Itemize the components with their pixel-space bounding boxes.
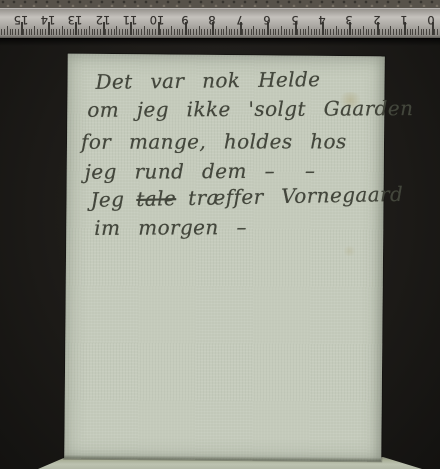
handwriting-line: im morgen – xyxy=(94,215,247,240)
ruler-number: 5 xyxy=(291,13,298,27)
ruler-number: 11 xyxy=(123,13,138,27)
handwriting-segment: – xyxy=(305,159,316,183)
ruler-number: 2 xyxy=(373,13,380,27)
handwriting-line: om jeg ikke 'solgt Gaarden xyxy=(87,96,413,122)
ruler-number: 1 xyxy=(400,13,407,27)
ruler: 0 1 2 3 4 5 6 7 8 9 10 11 12 13 14 15 xyxy=(0,8,440,38)
handwriting-segment: om jeg ikke 'solgt Gaarden xyxy=(87,96,413,122)
handwriting-segment: Jeg xyxy=(90,187,124,212)
ruler-number: 6 xyxy=(263,13,270,27)
ruler-number: 3 xyxy=(345,13,352,27)
handwriting-line: Jegtaletræffer Vornegaard xyxy=(90,182,403,212)
handwriting-segment: im morgen – xyxy=(94,215,247,240)
ruler-number: 4 xyxy=(318,13,325,27)
handwriting-line: Det var nok Helde xyxy=(95,67,320,94)
ruler-number: 13 xyxy=(68,13,83,27)
paper-stain xyxy=(342,246,357,256)
ruler-number: 15 xyxy=(14,13,29,27)
letter-paper: Det var nok Helde om jeg ikke 'solgt Gaa… xyxy=(64,54,385,462)
ruler-number: 12 xyxy=(96,13,111,27)
ruler-shadow xyxy=(0,38,440,46)
ruler-number: 7 xyxy=(236,13,243,27)
handwriting-segment: træffer Vornegaard xyxy=(188,182,404,210)
handwriting: Det var nok Helde om jeg ikke 'solgt Gaa… xyxy=(68,54,385,57)
handwriting-line: jeg rund dem –– xyxy=(85,159,316,184)
handwriting-segment: for mange, holdes hos xyxy=(81,129,347,153)
ruler-number: 10 xyxy=(150,13,165,27)
ruler-number: 14 xyxy=(41,13,56,27)
ruler-number: 8 xyxy=(208,13,215,27)
ruler-number: 9 xyxy=(181,13,188,27)
struck-word: tale xyxy=(136,186,176,211)
ruler-number: 0 xyxy=(427,13,434,27)
handwriting-line: for mange, holdes hos xyxy=(81,129,347,153)
handwriting-segment: jeg rund dem – xyxy=(85,159,275,184)
handwriting-segment: Det var nok Helde xyxy=(95,67,320,94)
photo-stage: 0 1 2 3 4 5 6 7 8 9 10 11 12 13 14 15 De… xyxy=(0,0,440,469)
